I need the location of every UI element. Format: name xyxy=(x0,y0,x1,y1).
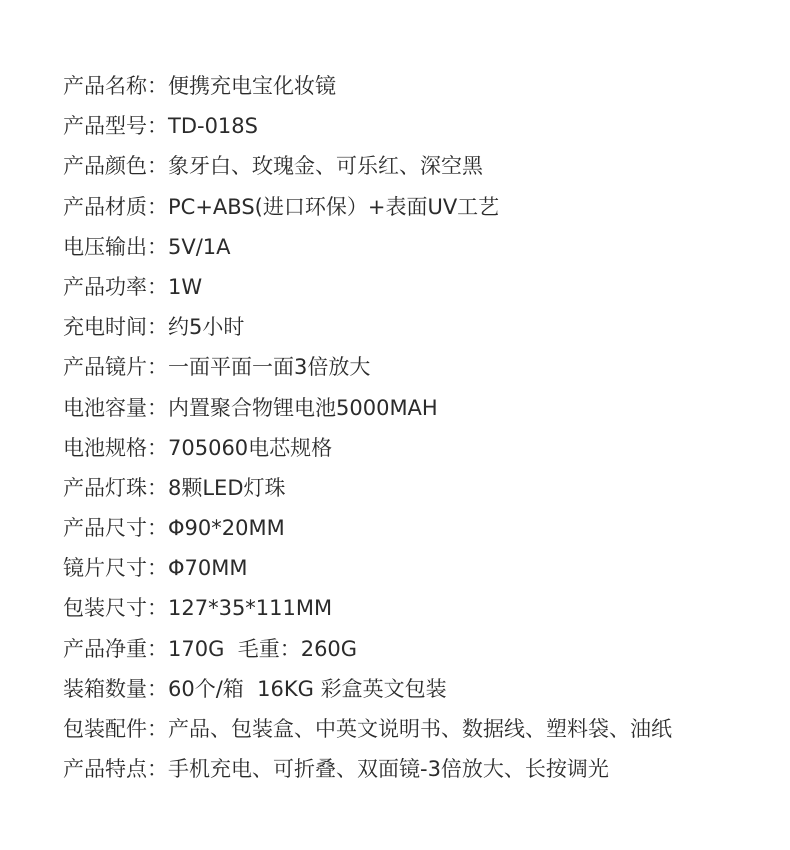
spec-label: 装箱数量： xyxy=(63,669,168,709)
spec-row-battery-capacity: 电池容量：内置聚合物锂电池5000MAH xyxy=(63,388,672,428)
spec-value: 705060电芯规格 xyxy=(168,436,332,460)
spec-value: 手机充电、可折叠、双面镜-3倍放大、长按调光 xyxy=(168,757,609,781)
spec-label: 包装尺寸： xyxy=(63,588,168,628)
spec-row-accessories: 包装配件：产品、包装盒、中英文说明书、数据线、塑料袋、油纸 xyxy=(63,709,672,749)
spec-label: 产品灯珠： xyxy=(63,468,168,508)
spec-value: 便携充电宝化妆镜 xyxy=(168,74,336,98)
product-spec-list: 产品名称：便携充电宝化妆镜 产品型号：TD-018S 产品颜色：象牙白、玫瑰金、… xyxy=(63,66,672,789)
spec-row-weight: 产品净重：170G 毛重：260G xyxy=(63,629,672,669)
spec-label: 产品尺寸： xyxy=(63,508,168,548)
spec-label: 电池容量： xyxy=(63,388,168,428)
spec-row-voltage-output: 电压输出：5V/1A xyxy=(63,227,672,267)
spec-value: 内置聚合物锂电池5000MAH xyxy=(168,396,438,420)
spec-row-features: 产品特点：手机充电、可折叠、双面镜-3倍放大、长按调光 xyxy=(63,749,672,789)
spec-label: 产品名称： xyxy=(63,66,168,106)
spec-row-led-beads: 产品灯珠：8颗LED灯珠 xyxy=(63,468,672,508)
spec-value: 60个/箱 16KG 彩盒英文包装 xyxy=(168,677,447,701)
spec-row-battery-spec: 电池规格：705060电芯规格 xyxy=(63,428,672,468)
spec-row-colors: 产品颜色：象牙白、玫瑰金、可乐红、深空黑 xyxy=(63,146,672,186)
spec-value: 170G 毛重：260G xyxy=(168,637,357,661)
spec-value: 1W xyxy=(168,275,202,299)
spec-row-lens: 产品镜片：一面平面一面3倍放大 xyxy=(63,347,672,387)
spec-value: TD-018S xyxy=(168,114,258,138)
spec-value: 约5小时 xyxy=(168,315,244,339)
spec-value: 产品、包装盒、中英文说明书、数据线、塑料袋、油纸 xyxy=(168,717,672,741)
spec-row-product-name: 产品名称：便携充电宝化妆镜 xyxy=(63,66,672,106)
spec-label: 电池规格： xyxy=(63,428,168,468)
spec-label: 产品镜片： xyxy=(63,347,168,387)
spec-value: 象牙白、玫瑰金、可乐红、深空黑 xyxy=(168,154,483,178)
spec-row-package-size: 包装尺寸：127*35*111MM xyxy=(63,588,672,628)
spec-row-material: 产品材质：PC+ABS(进口环保）+表面UV工艺 xyxy=(63,187,672,227)
spec-row-product-size: 产品尺寸：Φ90*20MM xyxy=(63,508,672,548)
spec-label: 电压输出： xyxy=(63,227,168,267)
spec-label: 包装配件： xyxy=(63,709,168,749)
spec-label: 产品型号： xyxy=(63,106,168,146)
spec-row-charge-time: 充电时间：约5小时 xyxy=(63,307,672,347)
spec-label: 产品材质： xyxy=(63,187,168,227)
spec-value: Φ70MM xyxy=(168,556,248,580)
spec-value: 8颗LED灯珠 xyxy=(168,476,286,500)
spec-row-carton-quantity: 装箱数量：60个/箱 16KG 彩盒英文包装 xyxy=(63,669,672,709)
spec-value: 5V/1A xyxy=(168,235,231,259)
spec-row-lens-size: 镜片尺寸：Φ70MM xyxy=(63,548,672,588)
spec-label: 产品颜色： xyxy=(63,146,168,186)
spec-value: Φ90*20MM xyxy=(168,516,285,540)
spec-value: 127*35*111MM xyxy=(168,596,332,620)
spec-label: 产品功率： xyxy=(63,267,168,307)
spec-label: 产品净重： xyxy=(63,629,168,669)
spec-label: 产品特点： xyxy=(63,749,168,789)
spec-label: 镜片尺寸： xyxy=(63,548,168,588)
spec-row-power: 产品功率：1W xyxy=(63,267,672,307)
spec-value: PC+ABS(进口环保）+表面UV工艺 xyxy=(168,195,499,219)
spec-label: 充电时间： xyxy=(63,307,168,347)
spec-value: 一面平面一面3倍放大 xyxy=(168,355,370,379)
spec-row-model: 产品型号：TD-018S xyxy=(63,106,672,146)
